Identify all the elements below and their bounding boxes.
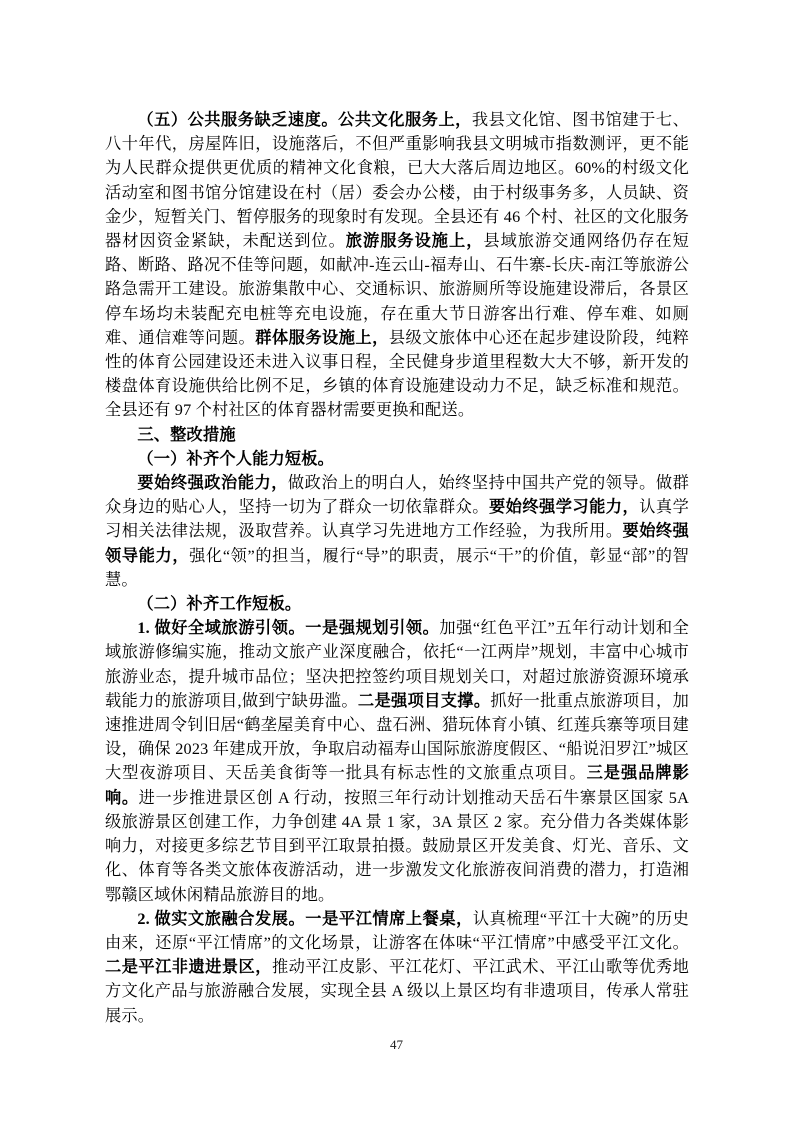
text-run-bold: 二是平江非遗进景区，: [105, 958, 272, 976]
page-number: 47: [390, 1037, 403, 1052]
heading-section-three: 三、整改措施: [105, 423, 689, 447]
text-run-bold: 要始终强学习能力，: [489, 498, 639, 516]
heading-work-shortcomings: （二）补齐工作短板。: [105, 592, 689, 616]
text-run: 我县文化馆、图书馆建于七、八十年代，房屋阵旧，设施落后，不但严重影响我县文明城市…: [105, 111, 689, 250]
text-run-bold: （二）补齐工作短板。: [137, 595, 301, 613]
text-run-bold: 旅游服务设施上，: [346, 232, 484, 250]
text-run-bold: 2. 做实文旅融合发展。一是平江情席上餐桌，: [137, 910, 472, 928]
para-culture-tourism-integration: 2. 做实文旅融合发展。一是平江情席上餐桌，认真梳理“平江十大碗”的历史由来，还…: [105, 907, 689, 1028]
document-body: （五）公共服务缺乏速度。公共文化服务上，我县文化馆、图书馆建于七、八十年代，房屋…: [105, 108, 689, 1028]
para-public-service-shortcomings: （五）公共服务缺乏速度。公共文化服务上，我县文化馆、图书馆建于七、八十年代，房屋…: [105, 108, 689, 423]
text-run: 强化“领”的担当，履行“导”的职责，展示“干”的价值，彰显“部”的智慧。: [105, 547, 689, 589]
text-run-bold: 要始终强政治能力，: [137, 474, 288, 492]
document-page: （五）公共服务缺乏速度。公共文化服务上，我县文化馆、图书馆建于七、八十年代，房屋…: [0, 0, 793, 1122]
text-run-bold: 群体服务设施上，: [255, 329, 389, 347]
text-run-bold: （一）补齐个人能力短板。: [137, 450, 334, 468]
text-run: 进一步推进景区创 A 行动，按照三年行动计划推动天岳石牛寨景区国家 5A 级旅游…: [105, 789, 689, 904]
heading-personal-ability: （一）补齐个人能力短板。: [105, 447, 689, 471]
text-run-bold: 1. 做好全域旅游引领。一是强规划引领。: [137, 619, 439, 637]
page-footer: 47: [0, 1036, 793, 1054]
text-run-bold: 三、整改措施: [137, 426, 235, 444]
text-run-bold: （五）公共服务缺乏速度。公共文化服务上，: [137, 111, 472, 129]
para-tourism-leading: 1. 做好全域旅游引领。一是强规划引领。加强“红色平江”五年行动计划和全域旅游修…: [105, 616, 689, 906]
para-personal-ability: 要始终强政治能力，做政治上的明白人，始终坚持中国共产党的领导。做群众身边的贴心人…: [105, 471, 689, 592]
text-run-bold: 二是强项目支撑。: [358, 692, 491, 710]
